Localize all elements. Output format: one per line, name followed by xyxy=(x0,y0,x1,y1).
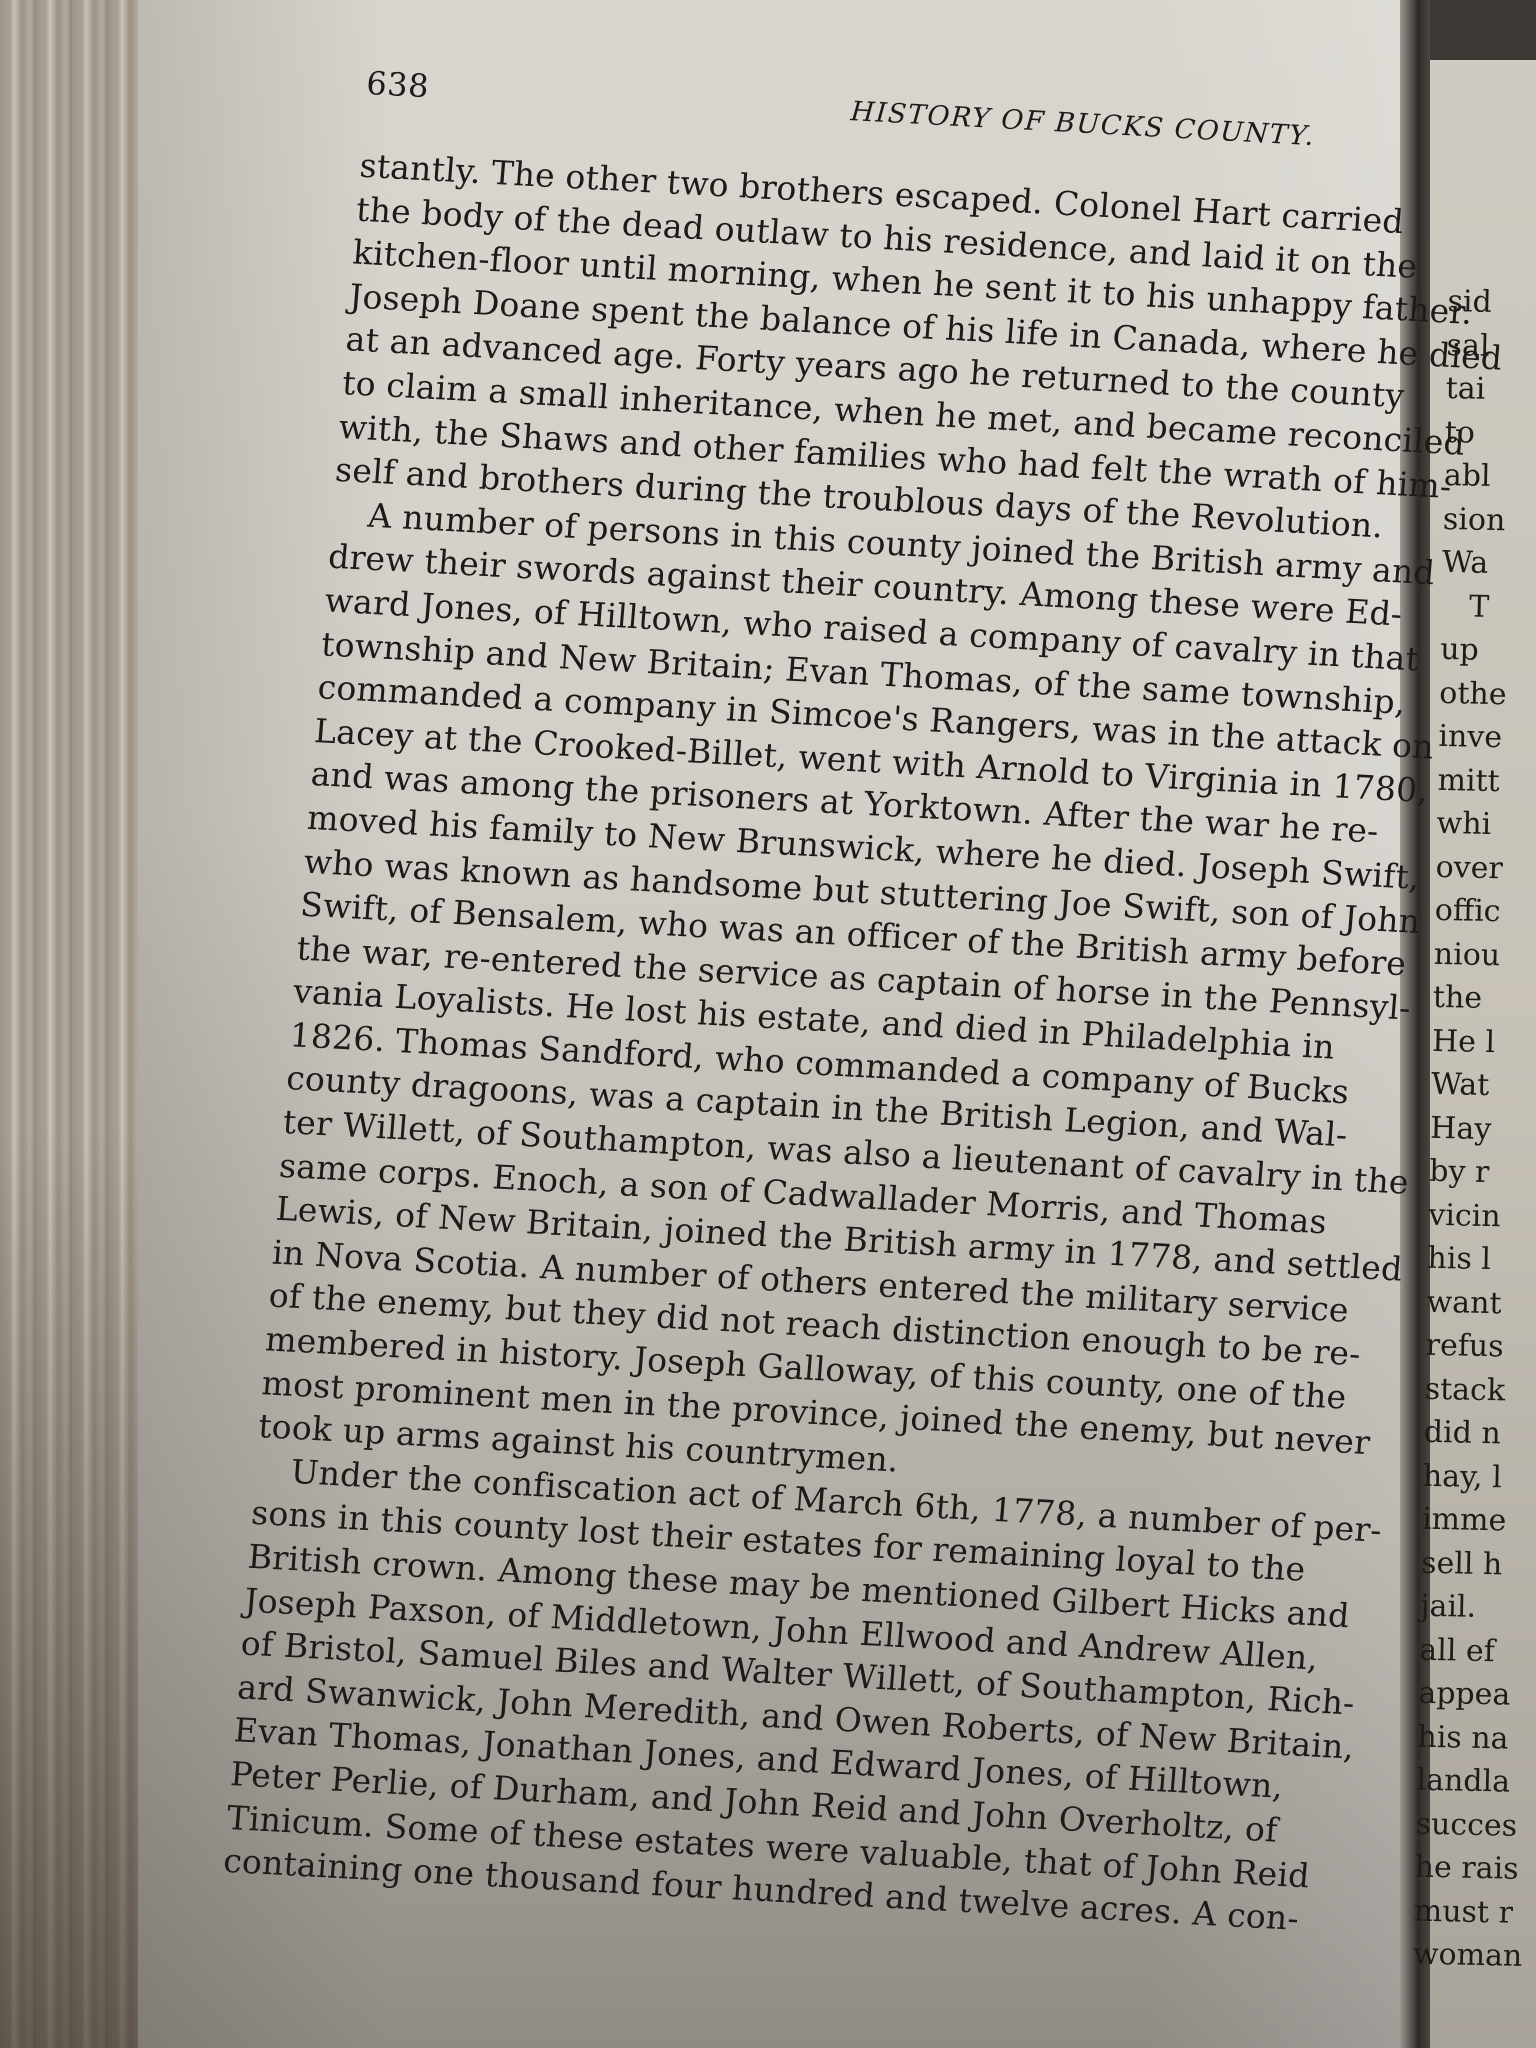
text-line-fragment: T xyxy=(1441,584,1536,630)
text-line-fragment: niou xyxy=(1433,932,1536,978)
text-line-fragment: want xyxy=(1426,1280,1536,1326)
text-line-fragment: vicin xyxy=(1428,1193,1536,1239)
text-line-fragment: refus xyxy=(1425,1324,1535,1370)
text-line-fragment: He l xyxy=(1432,1019,1536,1065)
text-line-fragment: jail. xyxy=(1420,1585,1530,1631)
text-line-fragment: the xyxy=(1433,976,1536,1022)
text-line-fragment: whi xyxy=(1436,802,1536,848)
text-line-fragment: by r xyxy=(1429,1150,1536,1196)
body-text: stantly. The other two brothers escaped.… xyxy=(222,144,1380,1938)
text-line-fragment: landla xyxy=(1416,1759,1526,1805)
text-line-fragment: tai xyxy=(1445,367,1536,413)
text-line-fragment: he rais xyxy=(1414,1846,1524,1892)
text-line-fragment: his l xyxy=(1427,1237,1536,1283)
text-line-fragment: offic xyxy=(1434,889,1536,935)
running-title: HISTORY OF BUCKS COUNTY. xyxy=(850,96,1317,152)
text-line-fragment: did n xyxy=(1423,1411,1533,1457)
text-line-fragment: up xyxy=(1440,628,1536,674)
text-line-fragment: othe xyxy=(1439,671,1536,717)
text-line-fragment: mitt xyxy=(1437,758,1536,804)
page-stack-edges xyxy=(0,0,140,2048)
text-line-fragment: must r xyxy=(1413,1889,1523,1935)
background-shadow xyxy=(1430,0,1536,60)
text-line-fragment: abl xyxy=(1443,454,1536,500)
text-line-fragment: sal xyxy=(1446,323,1536,369)
text-line-fragment: hay, l xyxy=(1422,1454,1532,1500)
text-line-fragment: over xyxy=(1435,845,1536,891)
text-line-fragment: his na xyxy=(1417,1715,1527,1761)
text-line-fragment: sid xyxy=(1447,280,1536,326)
text-line-fragment: to xyxy=(1444,410,1536,456)
text-line-fragment: succes xyxy=(1415,1802,1525,1848)
page-number: 638 xyxy=(365,64,431,105)
text-line-fragment: Wa xyxy=(1442,541,1536,587)
text-line-fragment: stack xyxy=(1424,1367,1534,1413)
text-line-fragment: sell h xyxy=(1421,1541,1531,1587)
text-line-fragment: all ef xyxy=(1419,1628,1529,1674)
text-line-fragment: Hay xyxy=(1430,1106,1536,1152)
text-line-fragment: imme xyxy=(1422,1498,1532,1544)
left-page-text: 638 HISTORY OF BUCKS COUNTY. stantly. Th… xyxy=(222,40,1389,1938)
text-line-fragment: appea xyxy=(1418,1672,1528,1718)
text-line-fragment: Wat xyxy=(1431,1063,1536,1109)
text-line-fragment: woman xyxy=(1412,1933,1522,1979)
text-line-fragment: sion xyxy=(1443,497,1536,543)
text-line-fragment: inve xyxy=(1438,715,1536,761)
